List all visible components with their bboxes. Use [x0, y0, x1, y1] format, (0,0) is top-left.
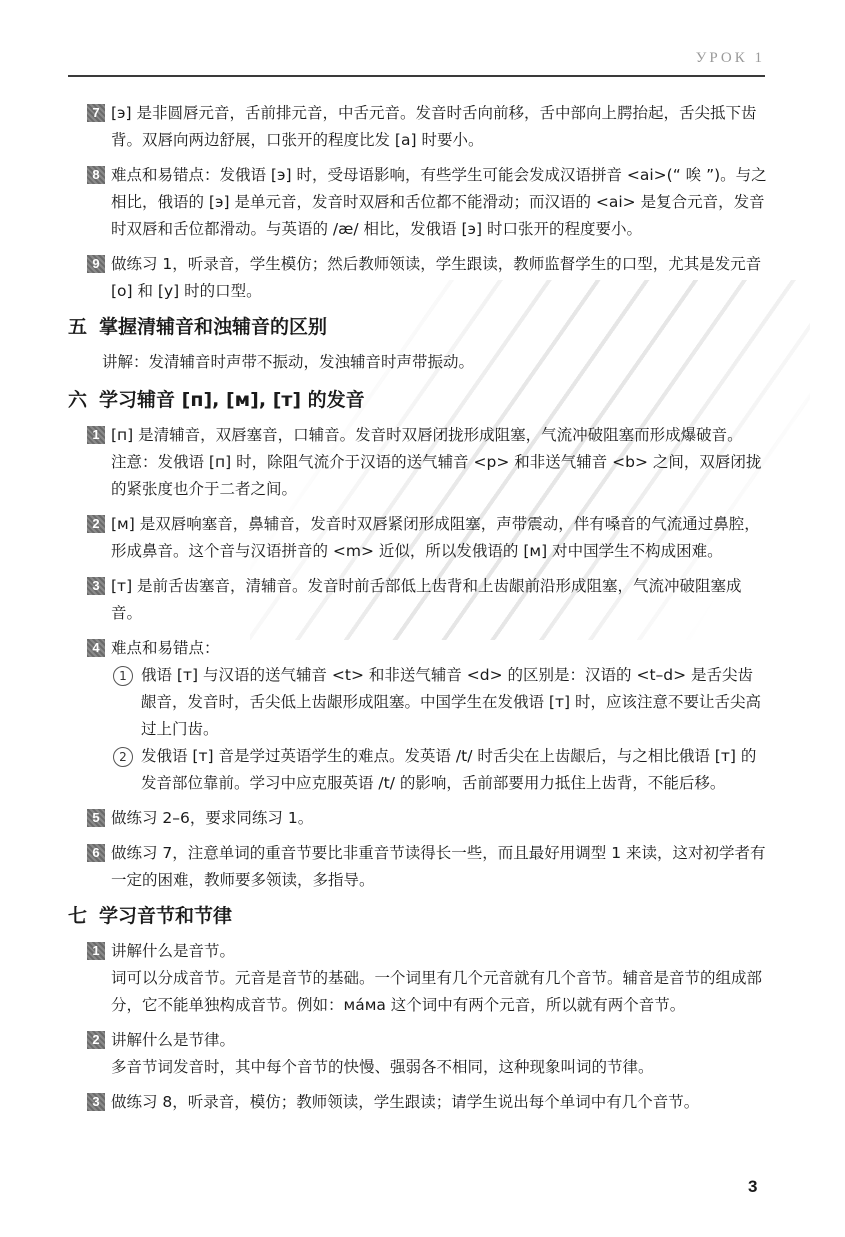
list-item: 6 做练习 7，注意单词的重音节要比非重音节读得长一些，而且最好用调型 1 来读…: [68, 840, 768, 894]
item-number-badge: 7: [87, 104, 105, 122]
paragraph: [т] 是前舌齿塞音，清辅音。发音时前舌部低上齿背和上齿龈前沿形成阻塞，气流冲破…: [111, 573, 768, 627]
section-heading-6: 六学习辅音 [п], [м], [т] 的发音: [68, 386, 768, 414]
item-number-badge: 3: [87, 577, 105, 595]
section-title: 学习辅音 [п], [м], [т] 的发音: [99, 389, 365, 411]
item-number-badge: 9: [87, 255, 105, 273]
item-number-badge: 8: [87, 166, 105, 184]
section-number: 六: [68, 389, 87, 411]
paragraph: 做练习 2–6，要求同练习 1。: [111, 805, 768, 832]
section-title: 学习音节和节律: [99, 905, 232, 927]
paragraph: 难点和易错点：发俄语 [э] 时，受母语影响，有些学生可能会发成汉语拼音 <ai…: [111, 162, 768, 243]
paragraph: [п] 是清辅音，双唇塞音，口辅音。发音时双唇闭拢形成阻塞，气流冲破阻塞而形成爆…: [111, 422, 768, 449]
list-item: 5 做练习 2–6，要求同练习 1。: [68, 805, 768, 832]
section-heading-5: 五掌握清辅音和浊辅音的区别: [68, 313, 768, 341]
list-item: 2 讲解什么是节律。 多音节词发音时，其中每个音节的快慢、强弱各不相同，这种现象…: [68, 1027, 768, 1081]
paragraph: 做练习 7，注意单词的重音节要比非重音节读得长一些，而且最好用调型 1 来读，这…: [111, 840, 768, 894]
paragraph: 做练习 8，听录音，模仿；教师领读，学生跟读；请学生说出每个单词中有几个音节。: [111, 1089, 768, 1116]
note-paragraph: 注意：发俄语 [п] 时，除阻气流介于汉语的送气辅音 <p> 和非送气辅音 <b…: [111, 449, 768, 503]
list-item: 9 做练习 1，听录音，学生模仿；然后教师领读，学生跟读，教师监督学生的口型，尤…: [68, 251, 768, 305]
item-number-badge: 2: [87, 1031, 105, 1049]
list-item: 2 [м] 是双唇响塞音，鼻辅音，发音时双唇紧闭形成阻塞，声带震动，伴有嗓音的气…: [68, 511, 768, 565]
circled-number: 2: [113, 747, 133, 767]
item-number-badge: 6: [87, 844, 105, 862]
list-item: 3 做练习 8，听录音，模仿；教师领读，学生跟读；请学生说出每个单词中有几个音节…: [68, 1089, 768, 1116]
list-item: 3 [т] 是前舌齿塞音，清辅音。发音时前舌部低上齿背和上齿龈前沿形成阻塞，气流…: [68, 573, 768, 627]
item-number-badge: 2: [87, 515, 105, 533]
paragraph: 讲解什么是节律。: [111, 1027, 768, 1054]
sub-item: 2 发俄语 [т] 音是学过英语学生的难点。发英语 /t/ 时舌尖在上齿龈后，与…: [113, 743, 768, 797]
paragraph: 难点和易错点：: [111, 635, 768, 662]
list-item: 7 [э] 是非圆唇元音，舌前排元音，中舌元音。发音时舌向前移，舌中部向上腭抬起…: [68, 100, 768, 154]
paragraph: [м] 是双唇响塞音，鼻辅音，发音时双唇紧闭形成阻塞，声带震动，伴有嗓音的气流通…: [111, 511, 768, 565]
item-number-badge: 4: [87, 639, 105, 657]
header-rule: [68, 75, 765, 77]
section-number: 七: [68, 905, 87, 927]
list-item: 8 难点和易错点：发俄语 [э] 时，受母语影响，有些学生可能会发成汉语拼音 <…: [68, 162, 768, 243]
circled-number: 1: [113, 666, 133, 686]
paragraph: 多音节词发音时，其中每个音节的快慢、强弱各不相同，这种现象叫词的节律。: [111, 1054, 768, 1081]
item-number-badge: 5: [87, 809, 105, 827]
paragraph: 发俄语 [т] 音是学过英语学生的难点。发英语 /t/ 时舌尖在上齿龈后，与之相…: [141, 743, 768, 797]
section-heading-7: 七学习音节和节律: [68, 902, 768, 930]
paragraph: 俄语 [т] 与汉语的送气辅音 <t> 和非送气辅音 <d> 的区别是：汉语的 …: [141, 662, 768, 743]
item-number-badge: 1: [87, 942, 105, 960]
paragraph: 讲解什么是音节。: [111, 938, 768, 965]
paragraph: 做练习 1，听录音，学生模仿；然后教师领读，学生跟读，教师监督学生的口型，尤其是…: [111, 251, 768, 305]
item-number-badge: 3: [87, 1093, 105, 1111]
list-item: 4 难点和易错点： 1 俄语 [т] 与汉语的送气辅音 <t> 和非送气辅音 <…: [68, 635, 768, 797]
paragraph: 词可以分成音节。元音是音节的基础。一个词里有几个元音就有几个音节。辅音是音节的组…: [111, 965, 768, 1019]
item-number-badge: 1: [87, 426, 105, 444]
page-number: 3: [748, 1177, 757, 1197]
paragraph: [э] 是非圆唇元音，舌前排元音，中舌元音。发音时舌向前移，舌中部向上腭抬起，舌…: [111, 100, 768, 154]
paragraph: 讲解：发清辅音时声带不振动，发浊辅音时声带振动。: [102, 349, 768, 376]
list-item: 1 [п] 是清辅音，双唇塞音，口辅音。发音时双唇闭拢形成阻塞，气流冲破阻塞而形…: [68, 422, 768, 503]
running-head: УРОК 1: [696, 50, 765, 67]
section-number: 五: [68, 316, 87, 338]
sub-item: 1 俄语 [т] 与汉语的送气辅音 <t> 和非送气辅音 <d> 的区别是：汉语…: [113, 662, 768, 743]
list-item: 1 讲解什么是音节。 词可以分成音节。元音是音节的基础。一个词里有几个元音就有几…: [68, 938, 768, 1019]
page-content: 7 [э] 是非圆唇元音，舌前排元音，中舌元音。发音时舌向前移，舌中部向上腭抬起…: [68, 100, 768, 1124]
section-title: 掌握清辅音和浊辅音的区别: [99, 316, 327, 338]
